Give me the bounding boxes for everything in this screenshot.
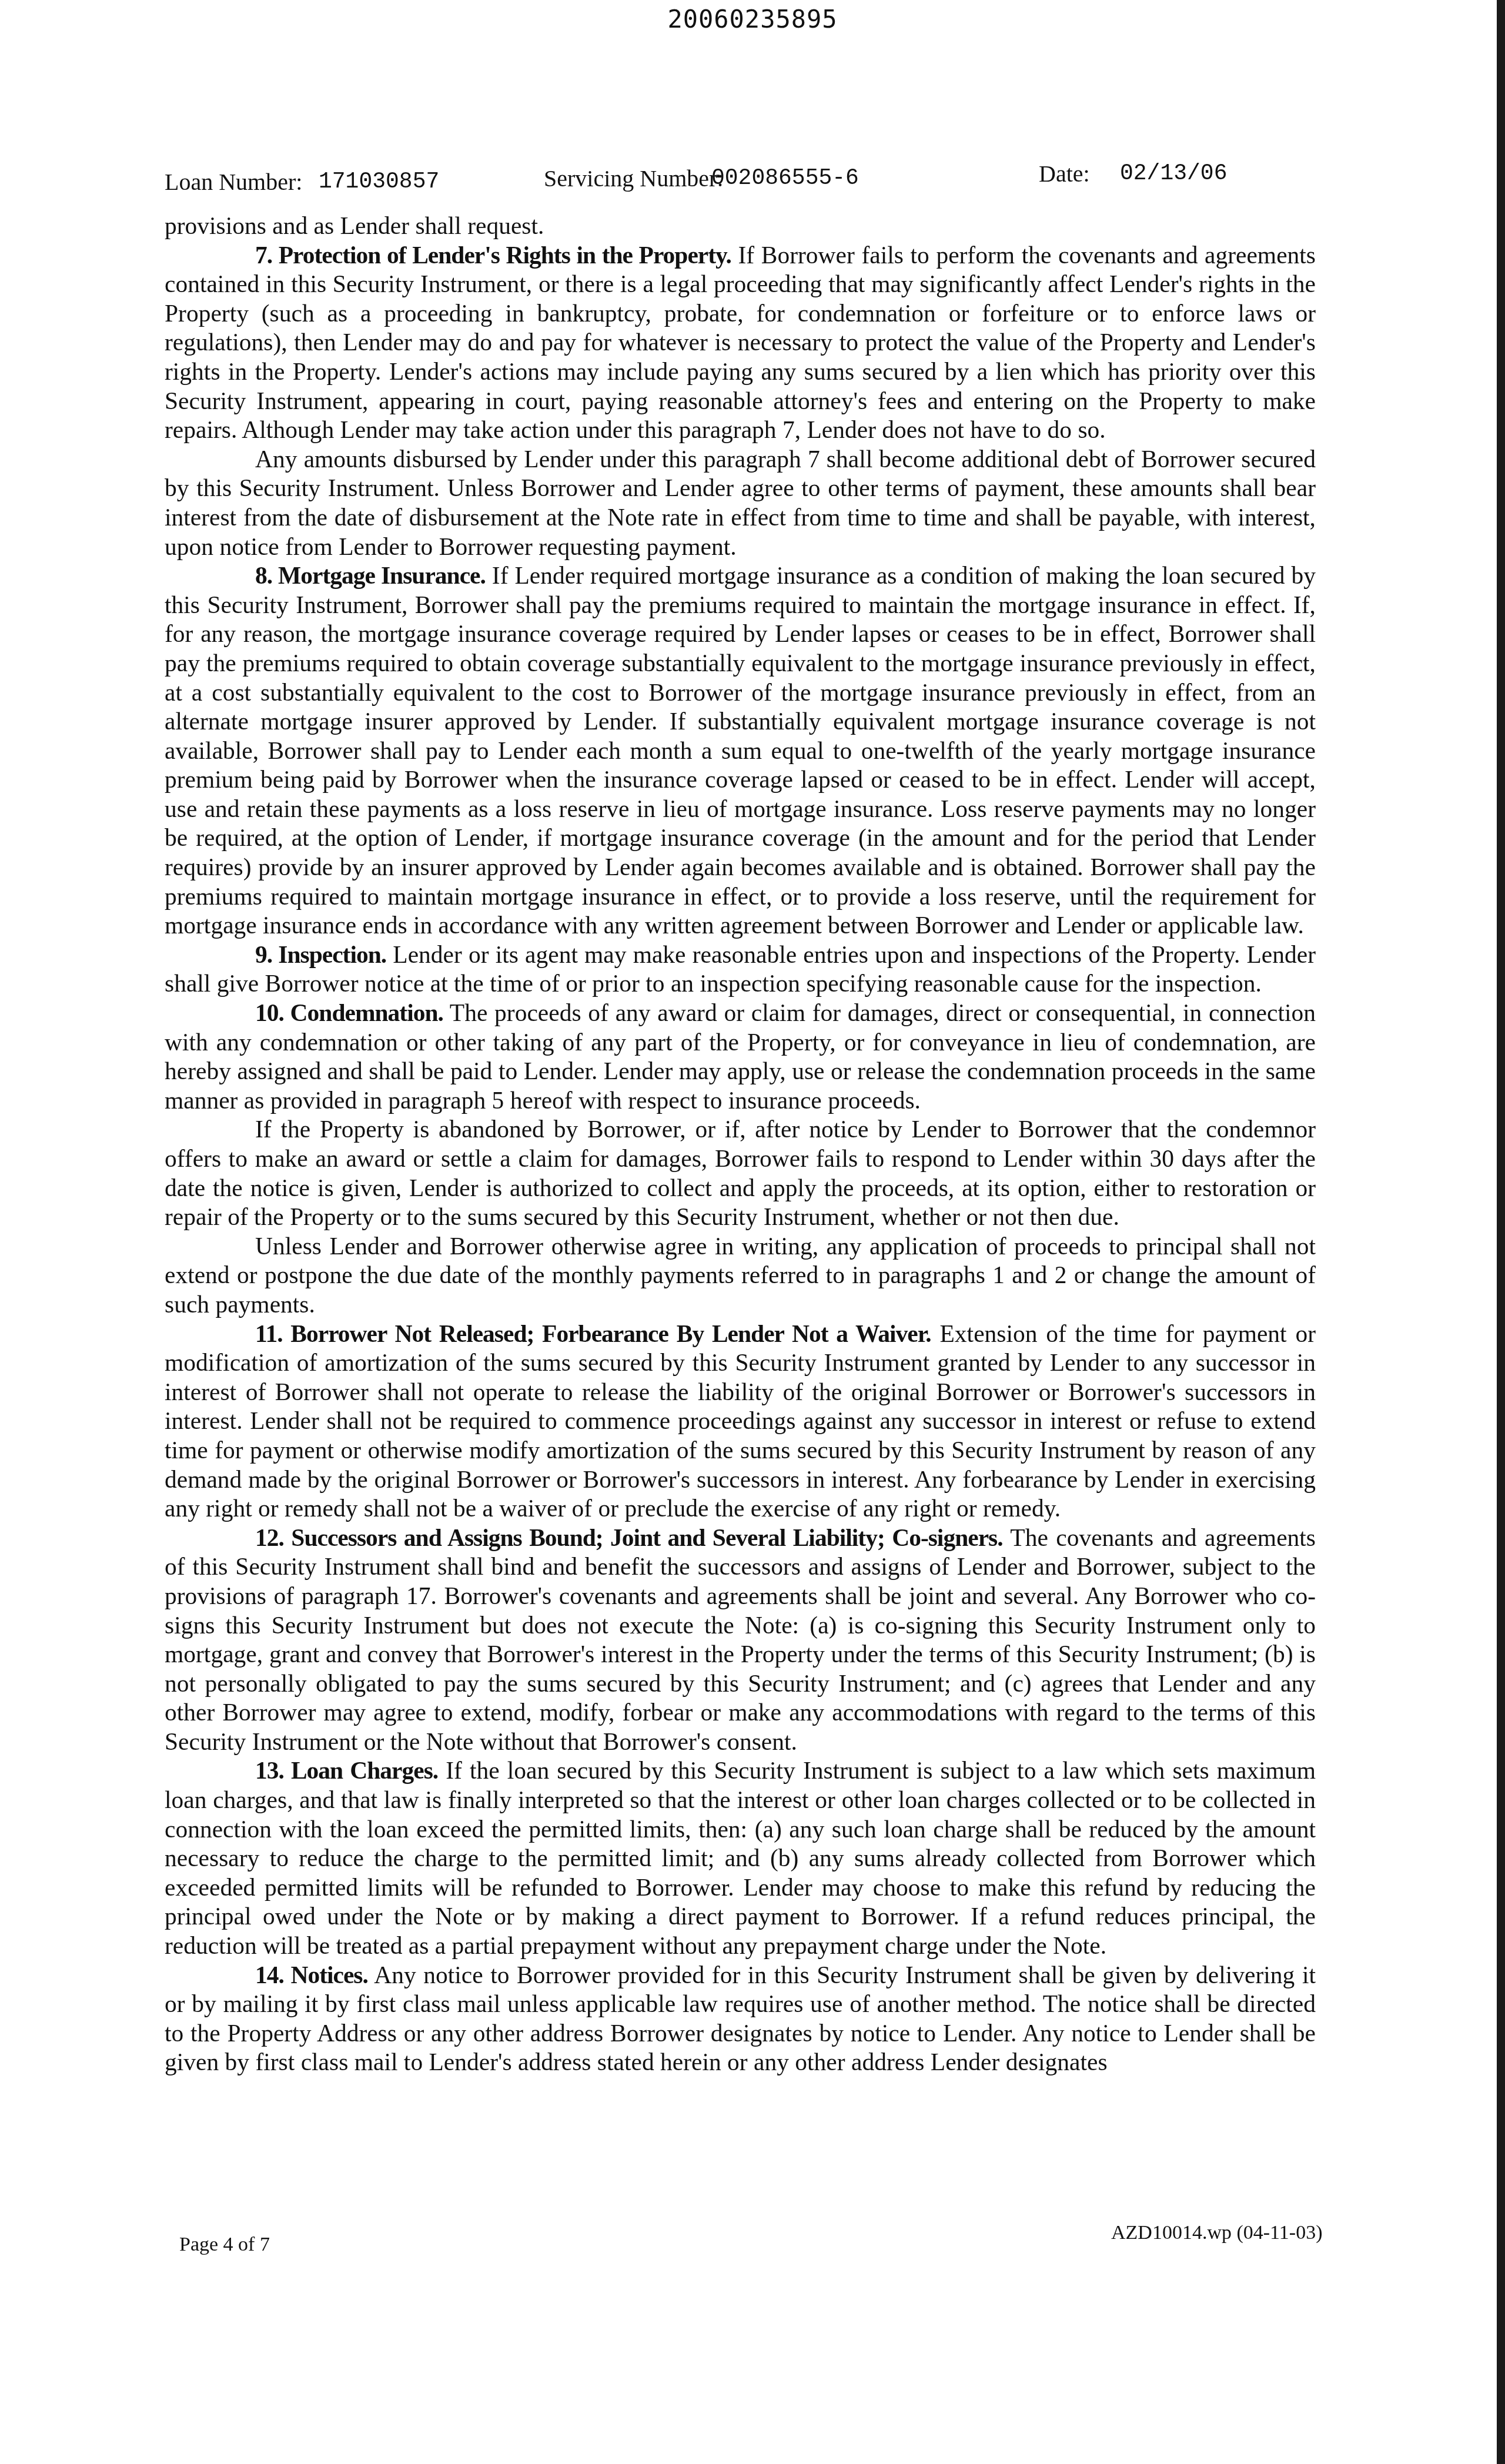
- form-id: AZD10014.wp (04-11-03): [1111, 2222, 1322, 2244]
- section-11: 11. Borrower Not Released; Forbearance B…: [165, 1320, 1316, 1524]
- paragraph: provisions and as Lender shall request.: [165, 212, 1316, 241]
- section-heading: 9. Inspection.: [255, 941, 386, 968]
- paragraph: Any amounts disbursed by Lender under th…: [165, 445, 1316, 561]
- section-text: If Borrower fails to perform the covenan…: [165, 242, 1316, 444]
- document-body: provisions and as Lender shall request. …: [165, 212, 1316, 2077]
- section-9: 9. Inspection. Lender or its agent may m…: [165, 940, 1316, 999]
- section-text: If the loan secured by this Security Ins…: [165, 1757, 1316, 1959]
- section-7: 7. Protection of Lender's Rights in the …: [165, 241, 1316, 445]
- servicing-number: 002086555-6: [711, 166, 859, 191]
- loan-number: 171030857: [319, 169, 439, 195]
- section-14: 14. Notices. Any notice to Borrower prov…: [165, 1961, 1316, 2077]
- section-12: 12. Successors and Assigns Bound; Joint …: [165, 1524, 1316, 1757]
- section-heading: 14. Notices.: [255, 1961, 368, 1988]
- servicing-number-label: Servicing Number:: [544, 165, 724, 192]
- loan-number-label: Loan Number:: [165, 168, 302, 196]
- paragraph: If the Property is abandoned by Borrower…: [165, 1115, 1316, 1231]
- date-label: Date:: [1039, 160, 1090, 188]
- section-heading: 10. Condemnation.: [255, 999, 443, 1026]
- section-text: The covenants and agreements of this Sec…: [165, 1524, 1316, 1755]
- section-10: 10. Condemnation. The proceeds of any aw…: [165, 999, 1316, 1115]
- section-heading: 12. Successors and Assigns Bound; Joint …: [255, 1524, 1003, 1551]
- page-number: Page 4 of 7: [179, 2234, 270, 2256]
- date-value: 02/13/06: [1120, 161, 1227, 186]
- section-13: 13. Loan Charges. If the loan secured by…: [165, 1756, 1316, 1960]
- scan-edge: [1497, 0, 1505, 2464]
- section-heading: 13. Loan Charges.: [255, 1757, 438, 1784]
- section-heading: 7. Protection of Lender's Rights in the …: [255, 242, 731, 269]
- section-heading: 8. Mortgage Insurance.: [255, 562, 486, 589]
- section-text: If Lender required mortgage insurance as…: [165, 562, 1316, 939]
- paragraph: Unless Lender and Borrower otherwise agr…: [165, 1232, 1316, 1320]
- section-heading: 11. Borrower Not Released; Forbearance B…: [255, 1320, 931, 1347]
- document-number: 20060235895: [0, 5, 1505, 34]
- section-text: Extension of the time for payment or mod…: [165, 1320, 1316, 1522]
- section-8: 8. Mortgage Insurance. If Lender require…: [165, 561, 1316, 940]
